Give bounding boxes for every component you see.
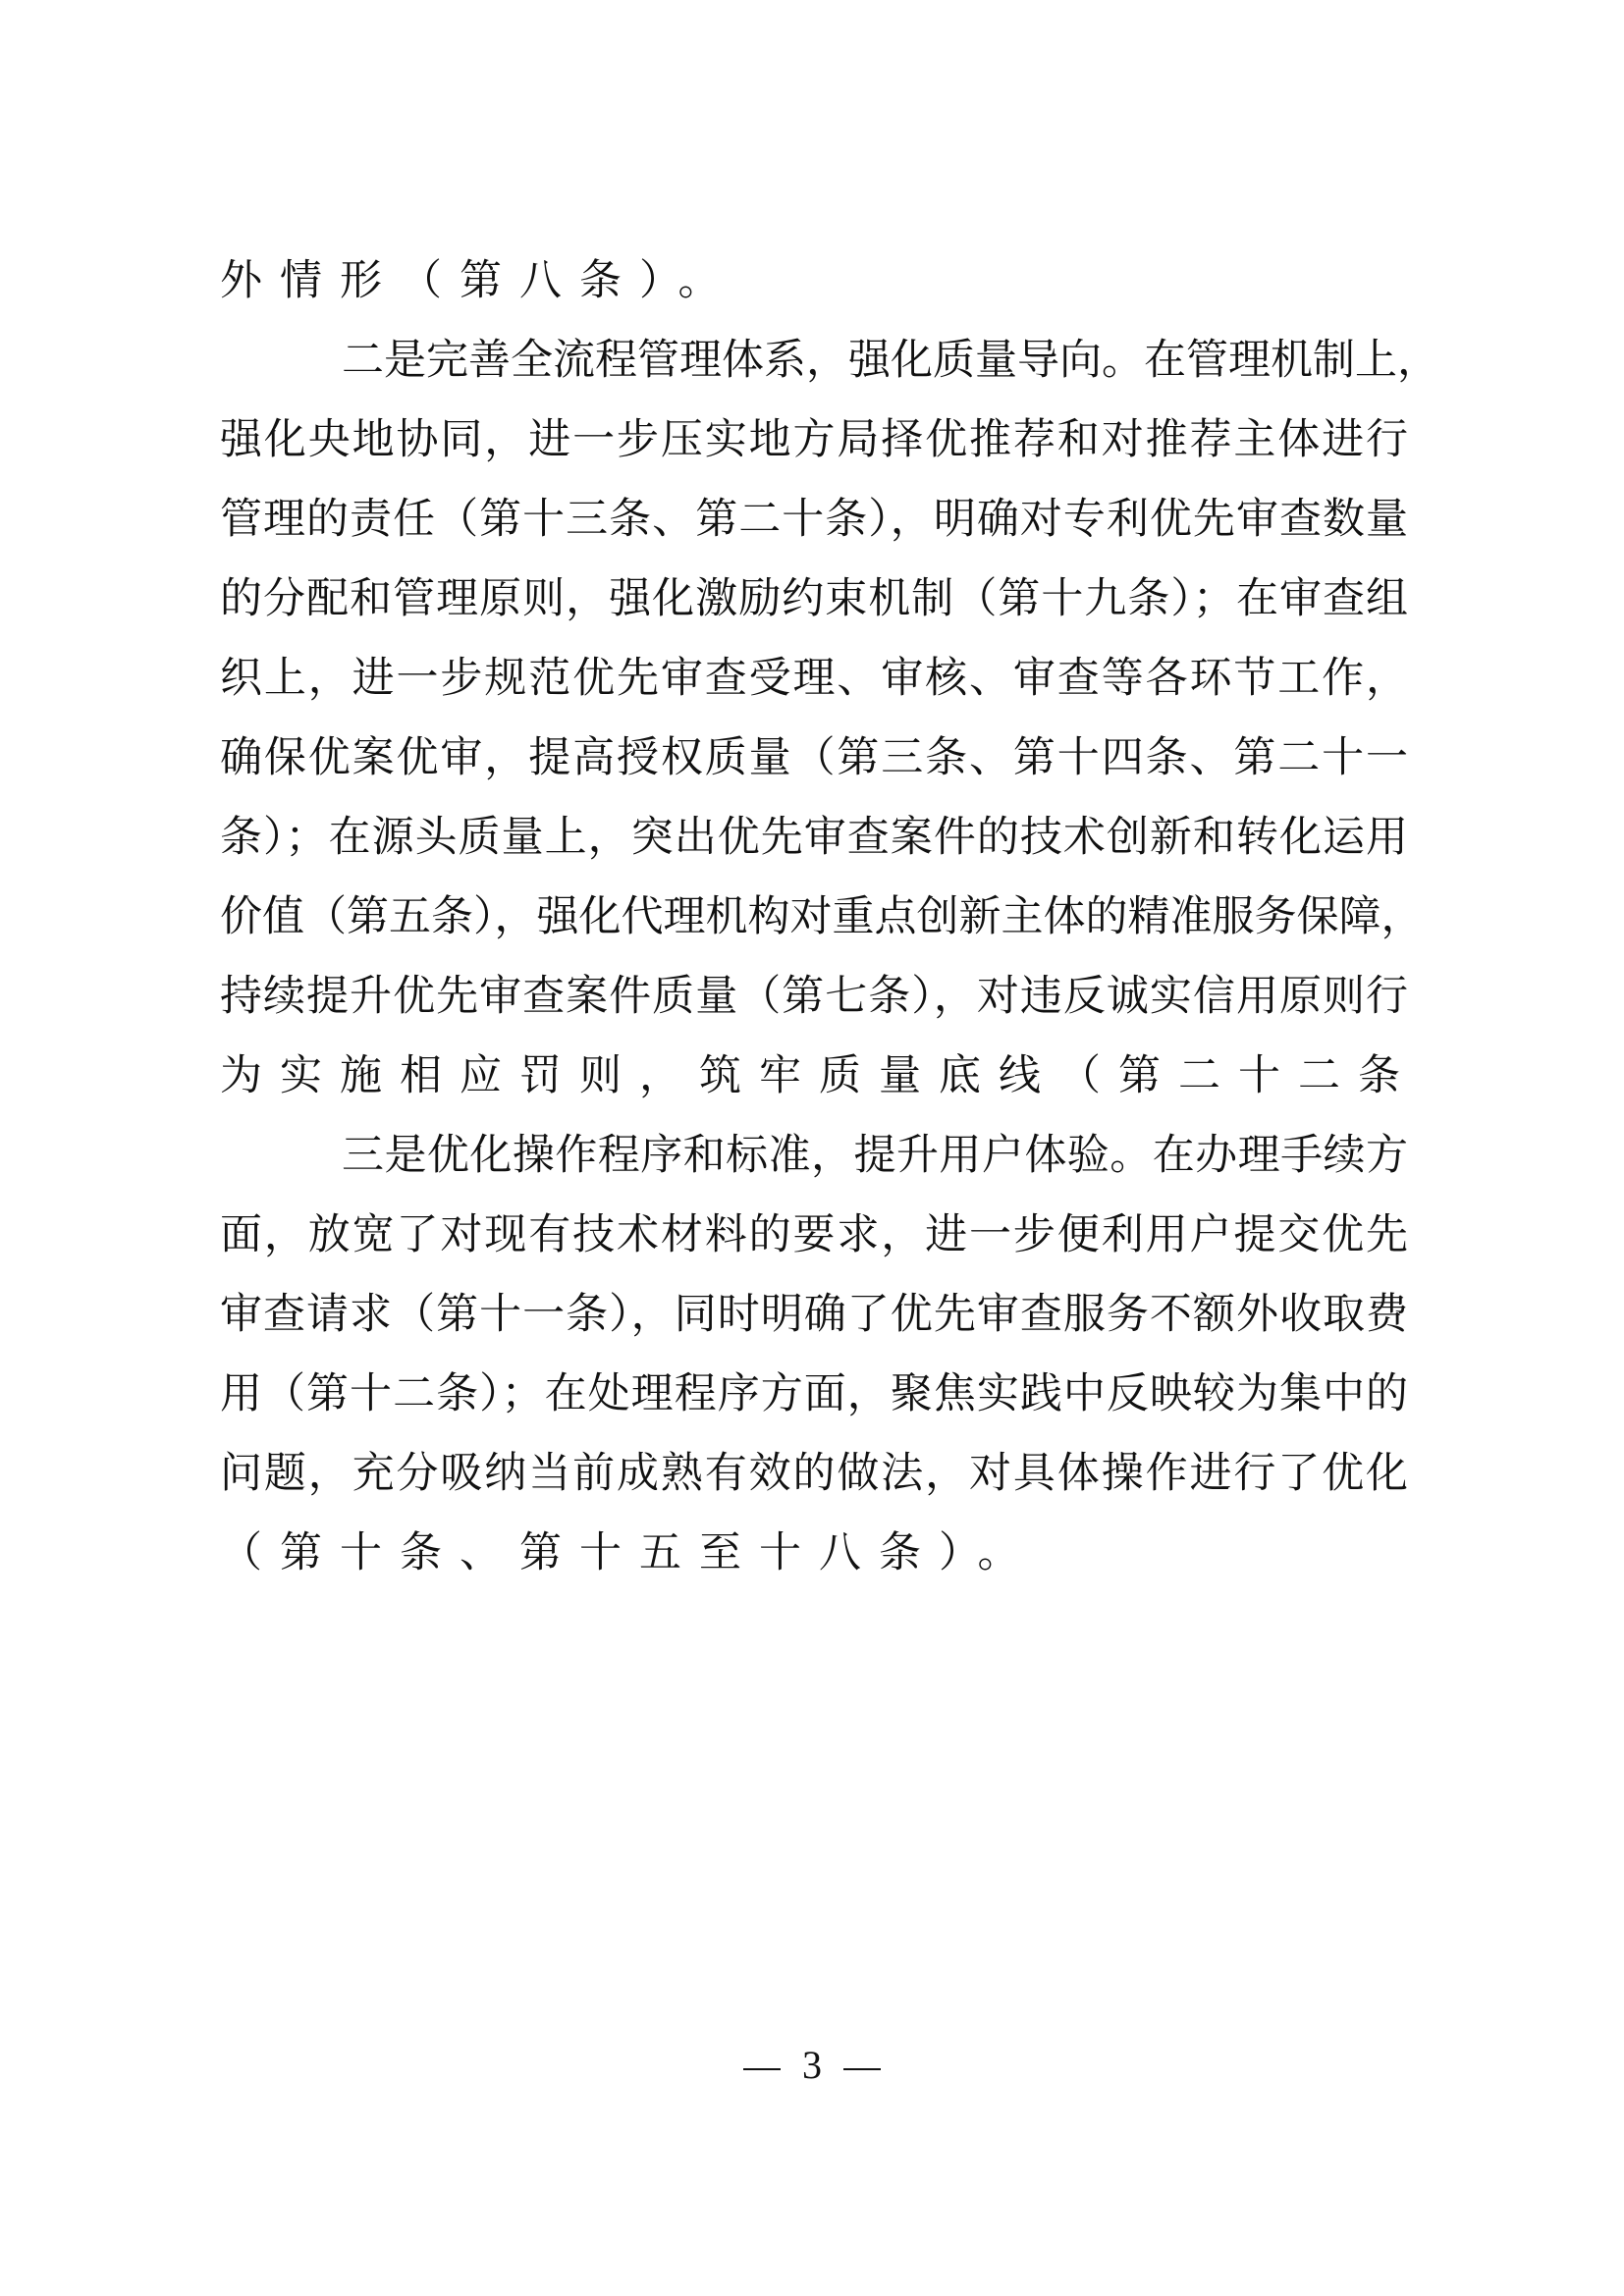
text-line: 价值（第五条），强化代理机构对重点创新主体的精准服务保障， — [220, 889, 1408, 969]
page-number-value: 3 — [802, 2043, 822, 2087]
text-line: 的分配和管理原则，强化激励约束机制（第十九条）；在审查组 — [220, 571, 1408, 651]
page-number: 3 — [0, 2042, 1624, 2088]
text-line: 审查请求（第十一条），同时明确了优先审查服务不额外收取费 — [220, 1287, 1408, 1366]
text-line: 问题，充分吸纳当前成熟有效的做法，对具体操作进行了优化 — [220, 1446, 1408, 1525]
dash-left — [743, 2068, 781, 2070]
text-line: 为实施相应罚则，筑牢质量底线（第二十二条）。 — [220, 1048, 1408, 1128]
text-line: 确保优案优审，提高授权质量（第三条、第十四条、第二十一 — [220, 730, 1408, 810]
text-line: 外情形（第八条）。 — [220, 253, 1408, 333]
text-line: 面，放宽了对现有技术材料的要求，进一步便利用户提交优先 — [220, 1207, 1408, 1287]
text-line: 条）；在源头质量上，突出优先审查案件的技术创新和转化运用 — [220, 810, 1408, 889]
text-line: 织上，进一步规范优先审查受理、审核、审查等各环节工作， — [220, 651, 1408, 730]
text-line: （第十条、第十五至十八条）。 — [220, 1525, 1408, 1605]
text-line: 管理的责任（第十三条、第二十条），明确对专利优先审查数量 — [220, 492, 1408, 571]
dash-right — [843, 2068, 881, 2070]
body-text: 外情形（第八条）。 二是完善全流程管理体系，强化质量导向。在管理机制上， 强化央… — [220, 253, 1408, 1605]
text-line: 持续提升优先审查案件质量（第七条），对违反诚实信用原则行 — [220, 969, 1408, 1048]
text-line: 用（第十二条）；在处理程序方面，聚焦实践中反映较为集中的 — [220, 1366, 1408, 1446]
paragraph-first-line: 二是完善全流程管理体系，强化质量导向。在管理机制上， — [220, 333, 1408, 412]
text-line: 强化央地协同，进一步压实地方局择优推荐和对推荐主体进行 — [220, 412, 1408, 492]
document-page: 外情形（第八条）。 二是完善全流程管理体系，强化质量导向。在管理机制上， 强化央… — [0, 0, 1624, 2296]
paragraph-first-line: 三是优化操作程序和标准，提升用户体验。在办理手续方 — [220, 1128, 1408, 1207]
